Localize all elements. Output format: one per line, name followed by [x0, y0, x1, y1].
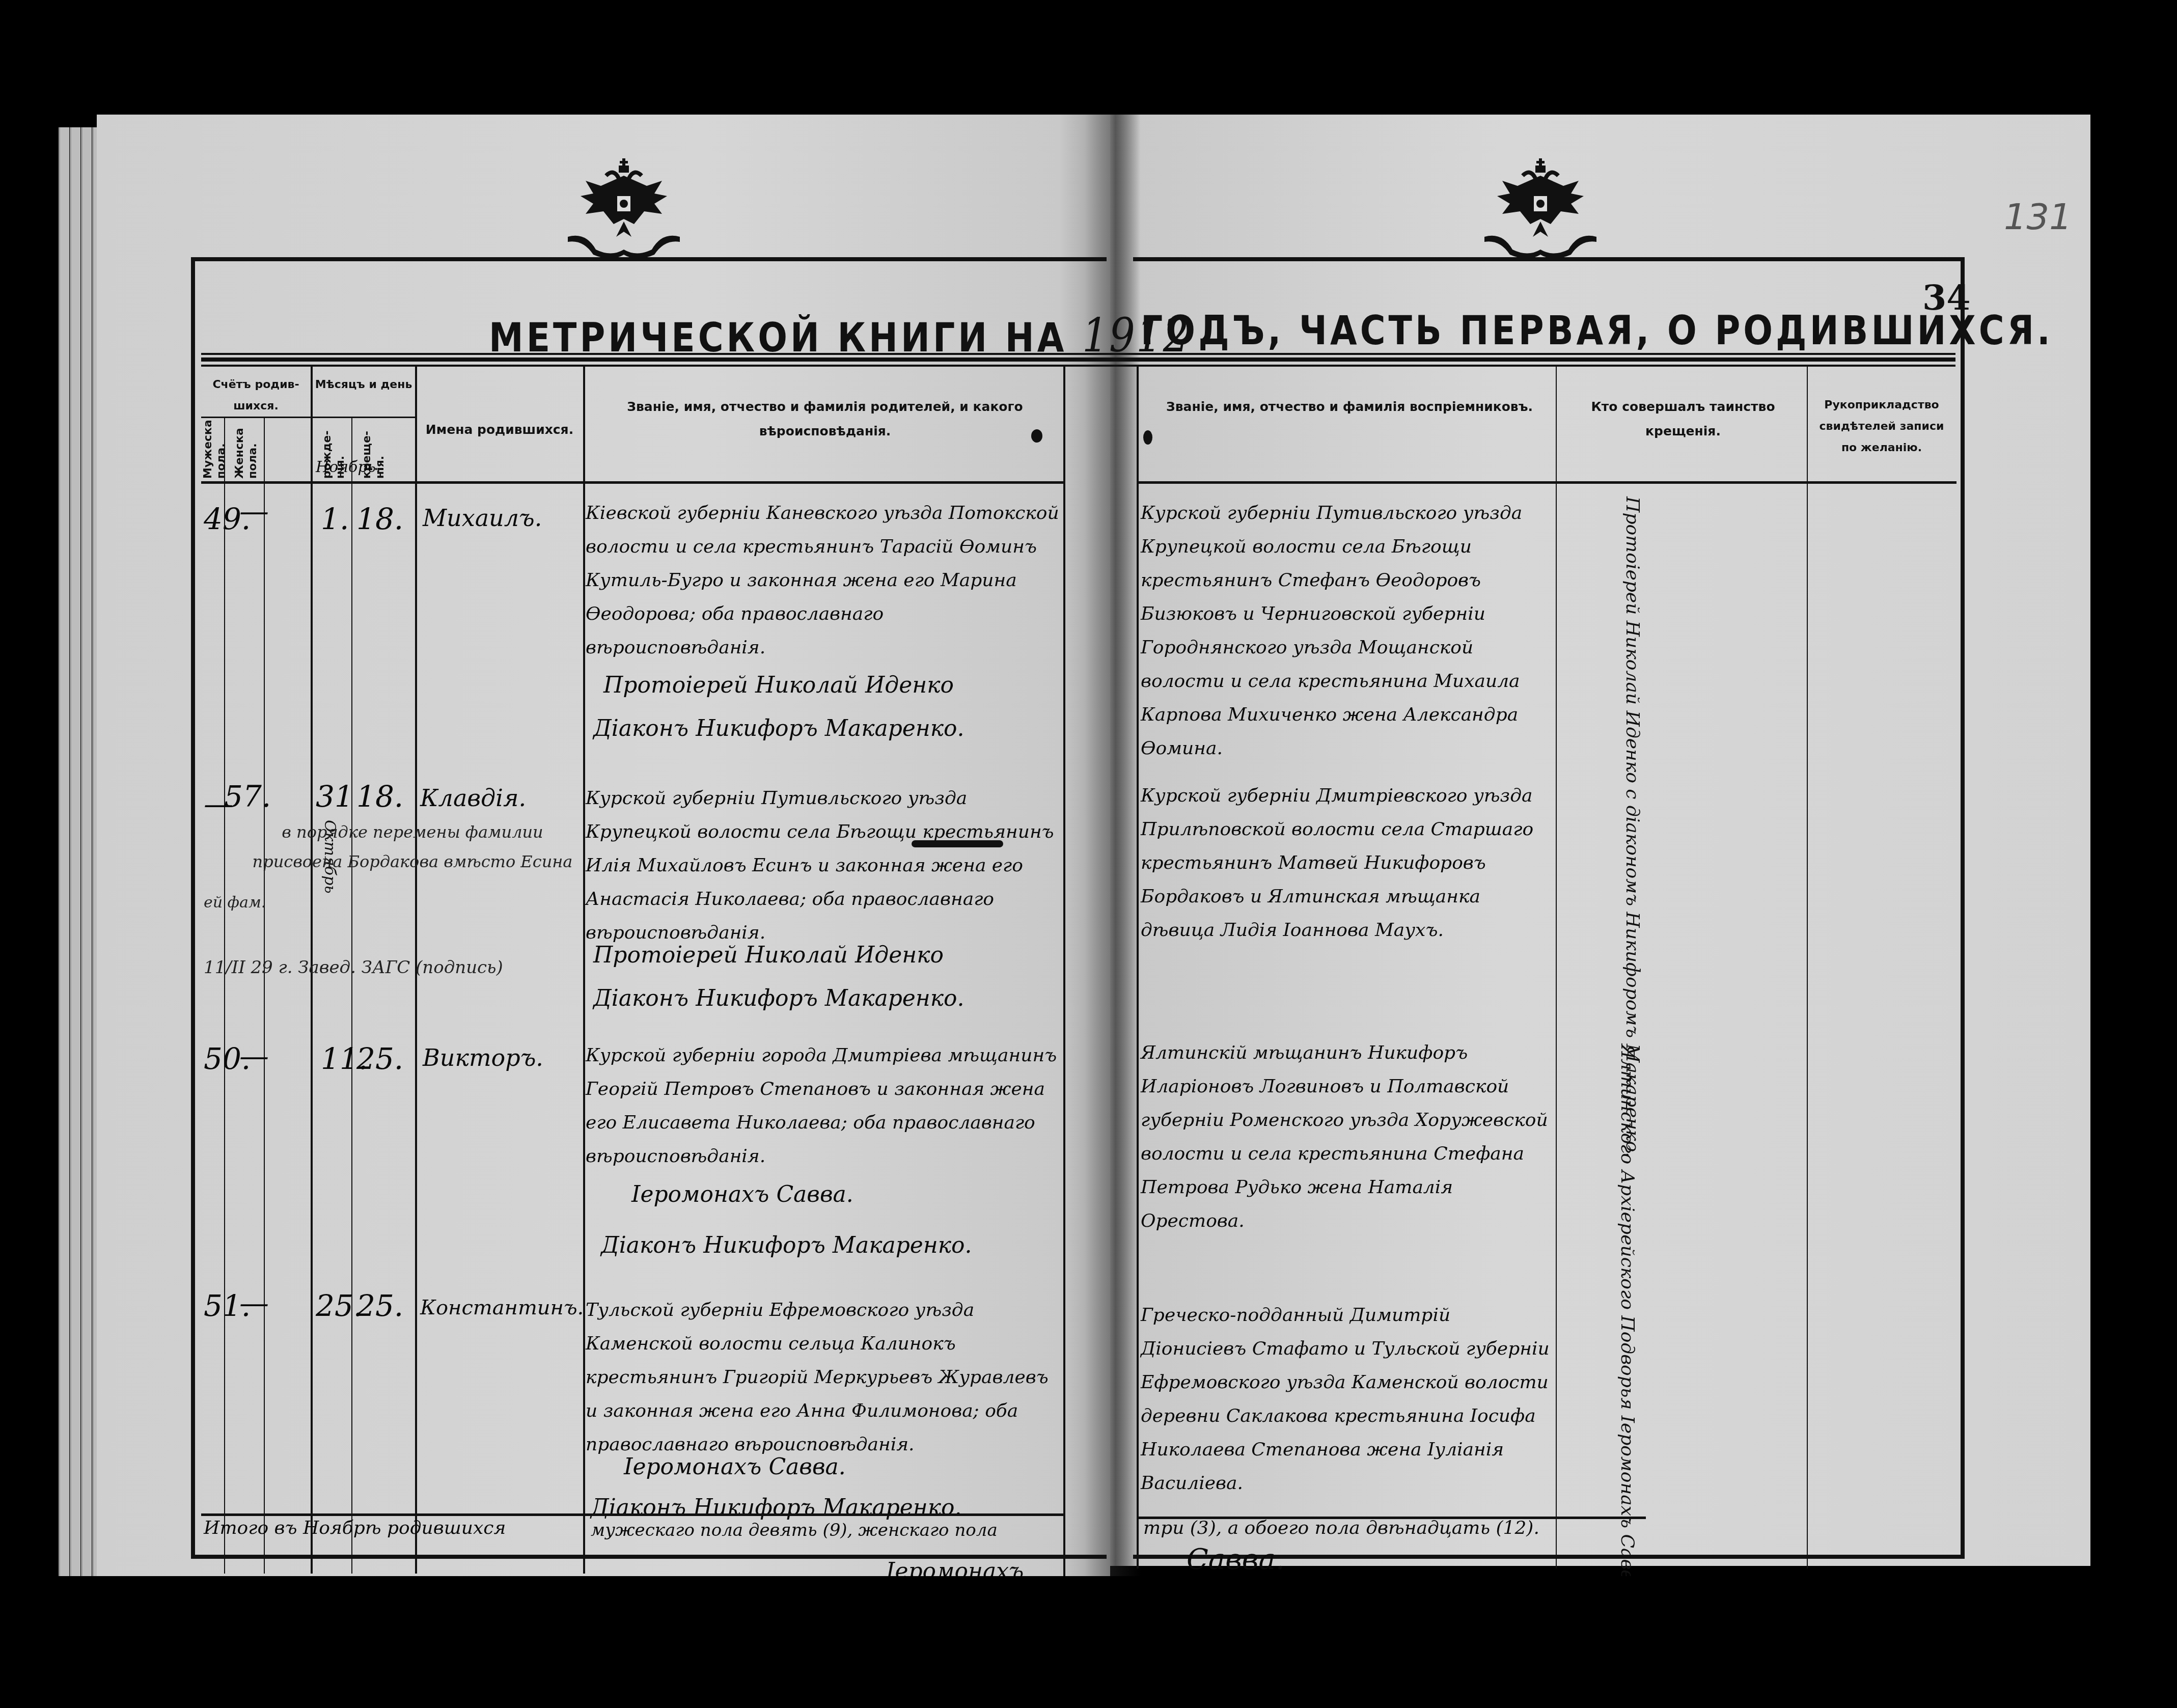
entry-baptism-day: 18. [356, 779, 403, 814]
entry-parents: Курской губерніи Путивльского уѣзда Круп… [586, 782, 1059, 950]
entry-signature-priest: Протоіерей Николай Иденко [593, 942, 944, 968]
entry-signature-priest: Іеромонахъ Савва. [631, 1181, 853, 1207]
entry-baptism-day: 25. [356, 1288, 403, 1323]
entry-officiant: Ялтинского Архіерейского Подворья Іеромо… [1609, 1044, 1645, 1477]
summary-text-right: три (3), а обоего пола двѣнадцать (12). [1143, 1518, 1539, 1538]
entry-signature-deacon: Діаконъ Никифоръ Макаренко. [593, 715, 965, 741]
summary-text-left: мужескаго пола девять (9), женскаго пола [591, 1520, 998, 1540]
entry-registry-note: 11/II 29 г. Завед. ЗАГС (подпись) [204, 957, 503, 978]
entry-signature-priest: Іеромонахъ Савва. [624, 1454, 846, 1480]
header-count-group: Счётъ родив-шихся. [204, 374, 308, 417]
entry-parents: Курской губерніи города Дмитріева мѣщани… [586, 1039, 1059, 1173]
header-bottom-rule-left [201, 481, 1063, 484]
entry-female-no: — [239, 1286, 269, 1320]
entry-godparents: Курской губерніи Путивльского уѣзда Круп… [1141, 497, 1553, 765]
entry-baptism-day: 18. [356, 502, 403, 536]
imperial-eagle-crest-right [1482, 155, 1599, 257]
header-count-male: Мужеска пола. [202, 423, 229, 479]
entry-signature-priest: Протоіерей Николай Иденко [603, 672, 954, 698]
summary-signature-right: Савва. [1187, 1543, 1285, 1576]
header-count-female: Женска пола. [233, 423, 260, 479]
col-divider [1063, 367, 1065, 1579]
entry-birth-day: 25. [316, 1288, 363, 1323]
col-divider [1556, 367, 1557, 1568]
entry-child-name: Клавдія. [420, 784, 526, 812]
entry-female-no: 57. [224, 779, 271, 814]
summary-rule-left [201, 1513, 1063, 1516]
entry-officiant: Протоіерей Николай Иденко с діакономъ Ни… [1614, 497, 1650, 828]
entry-godparents: Греческо-подданный Димитрій Діонисіевъ С… [1141, 1299, 1553, 1500]
header-officiant: Кто совершалъ таинство крещенія. [1563, 395, 1803, 443]
col-divider [351, 418, 352, 1574]
page-number: 34 [1922, 278, 1971, 318]
header-godparents: Званіе, имя, отчество и фамилія воспріем… [1151, 395, 1548, 419]
col-divider [1137, 367, 1139, 1568]
entry-baptism-day: 25. [356, 1041, 403, 1076]
scan-bottom-edge [0, 1576, 2177, 1708]
col-divider [224, 418, 225, 1574]
col-divider [264, 418, 265, 1574]
header-rule-2 [201, 357, 1955, 362]
header-names: Имена родившихся. [419, 418, 581, 442]
binding-hole [1031, 429, 1042, 443]
header-witnesses: Рукоприкладство свидѣтелей записи по жел… [1810, 395, 1953, 458]
summary-label: Итого въ Ноябрѣ родившихся [204, 1518, 506, 1538]
header-rule-3 [201, 365, 1955, 367]
header-date-group: Мѣсяцъ и день [313, 374, 414, 396]
entry-signature-deacon: Діаконъ Никифоръ Макаренко. [591, 1495, 962, 1521]
ink-strikethrough [912, 840, 1003, 847]
header-parents: Званіе, имя, отчество и фамилія родителе… [591, 395, 1059, 443]
col-divider [583, 367, 585, 1574]
binding-hole [1143, 430, 1152, 445]
page-title-right: ГОДЪ, ЧАСТЬ ПЕРВАЯ, О РОДИВШИХСЯ. [1141, 308, 2053, 354]
header-rule-1 [201, 353, 1955, 355]
entry-parents: Кіевской губерніи Каневского уѣзда Поток… [586, 497, 1059, 665]
entry-signature-deacon: Діаконъ Никифоръ Макаренко. [601, 1232, 972, 1258]
entry-margin-note: ей фам. [204, 894, 266, 912]
imperial-eagle-crest-left [565, 155, 682, 257]
entry-name-change-note: в порядке перемены фамилии присвоена Бор… [239, 817, 586, 876]
header-bottom-rule-right [1137, 481, 1956, 484]
entry-female-no: — [239, 1039, 269, 1073]
entry-godparents: Ялтинскій мѣщанинъ Никифоръ Иларіоновъ Л… [1141, 1036, 1553, 1238]
entry-birth-day: 1. [321, 502, 349, 536]
entry-child-name: Викторъ. [423, 1044, 543, 1071]
col-divider [1807, 367, 1808, 1568]
entry-child-name: Константинъ. [420, 1296, 584, 1319]
entry-parents: Тульской губерніи Ефремовского уѣзда Кам… [586, 1293, 1059, 1462]
entry-birth-day: 31 [316, 779, 353, 814]
entry-child-name: Михаилъ. [423, 504, 542, 532]
month-label: Ноябрь. [316, 458, 380, 476]
archive-folio-number: 131 [2004, 196, 2072, 238]
entry-female-no: — [239, 494, 269, 529]
entry-signature-deacon: Діаконъ Никифоръ Макаренко. [593, 985, 965, 1011]
entry-godparents: Курской губерніи Дмитріевского уѣзда При… [1141, 779, 1553, 947]
